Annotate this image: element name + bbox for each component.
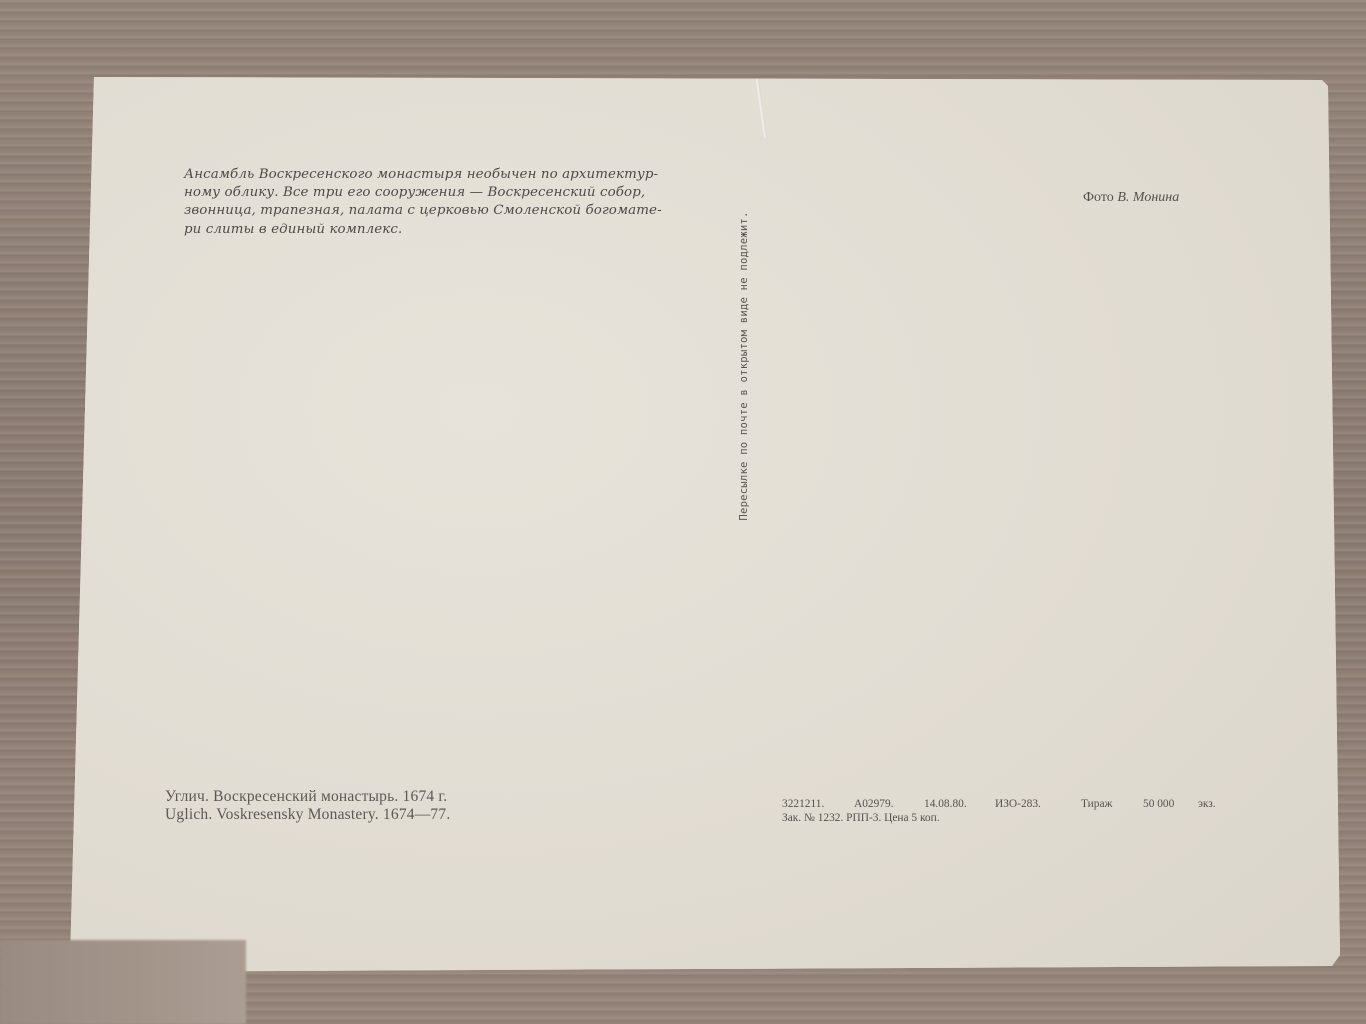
imprint-print-run: 50 000 [1143, 797, 1198, 811]
card-crease [756, 78, 767, 138]
caption-russian: Углич. Воскресенский монастырь. 1674 г. [165, 788, 450, 806]
photo-credit: Фото В. Монина [1083, 190, 1179, 206]
postal-notice-vertical: Пересылке по почте в открытом виде не по… [738, 211, 750, 520]
publisher-imprint: 3221211.А02979.14.08.80.ИЗО-283.Тираж50 … [782, 797, 1216, 825]
description-line: ри слиты в единый комплекс. [184, 221, 720, 239]
imprint-date: 14.08.80. [924, 797, 995, 811]
imprint-unit: экз. [1198, 797, 1216, 811]
description-line: ному облику. Все три его сооружения — Во… [184, 184, 720, 202]
imprint-print-run-label: Тираж [1081, 797, 1143, 811]
imprint-code: 3221211. [782, 797, 854, 811]
imprint-line-1: 3221211.А02979.14.08.80.ИЗО-283.Тираж50 … [782, 797, 1216, 811]
postcard-back: Ансамбль Воскресенского монастыря необыч… [0, 0, 1366, 1024]
imprint-line-2: Зак. № 1232. РПП-3. Цена 5 коп. [782, 811, 1216, 825]
postcard-caption: Углич. Воскресенский монастырь. 1674 г. … [165, 788, 450, 824]
description-line: Ансамбль Воскресенского монастыря необыч… [184, 166, 720, 184]
postcard-description: Ансамбль Воскресенского монастыря необыч… [184, 166, 720, 239]
photographer-name: В. Монина [1117, 190, 1179, 205]
imprint-license: А02979. [854, 797, 924, 811]
caption-english: Uglich. Voskresensky Monastery. 1674—77. [165, 806, 450, 824]
description-line: звонница, трапезная, палата с церковью С… [184, 202, 720, 220]
imprint-series: ИЗО-283. [995, 797, 1081, 811]
photo-credit-prefix: Фото [1083, 190, 1114, 205]
blurred-watermark-area [0, 940, 246, 1024]
